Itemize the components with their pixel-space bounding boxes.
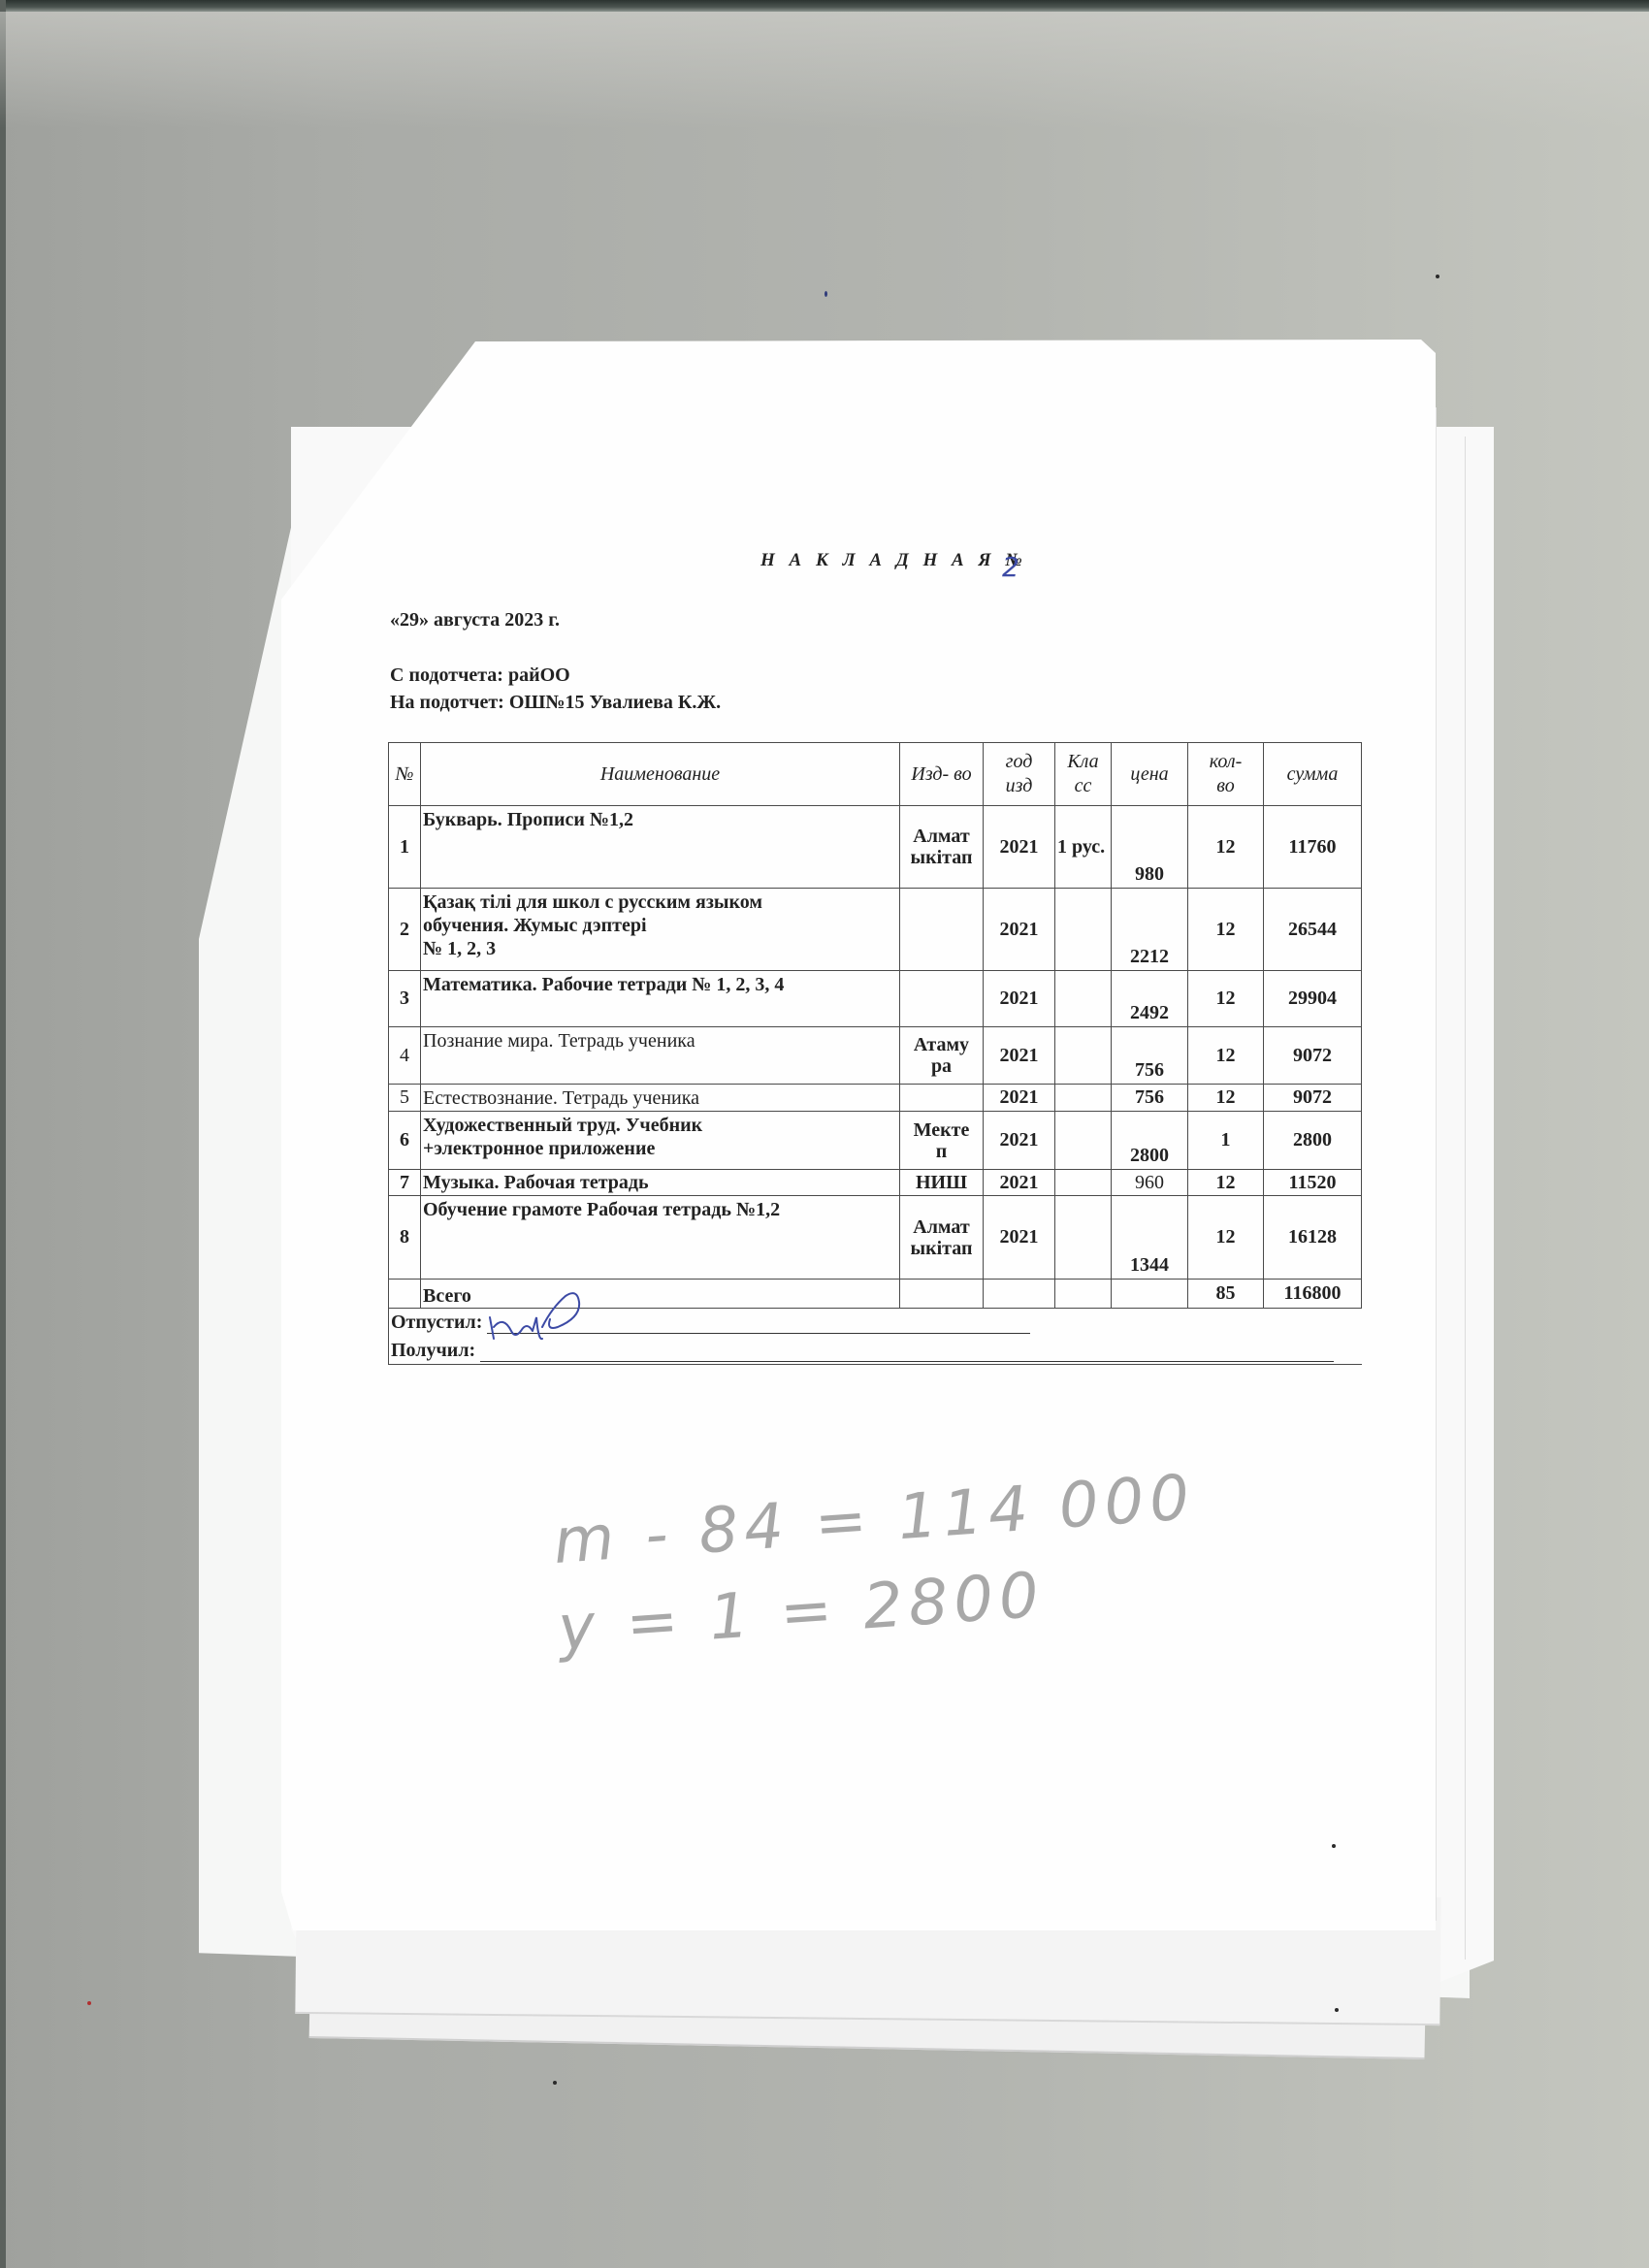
row-price: 980 — [1112, 806, 1188, 889]
row-class — [1055, 1170, 1112, 1196]
row-qty: 12 — [1188, 889, 1264, 971]
row-name: Букварь. Прописи №1,2 — [421, 806, 900, 889]
row-sum: 16128 — [1264, 1196, 1362, 1280]
total-qty: 85 — [1188, 1280, 1264, 1309]
row-publisher — [900, 971, 984, 1027]
header-publisher: Изд- во — [900, 743, 984, 806]
row-num: 4 — [389, 1027, 421, 1085]
header-price: цена — [1112, 743, 1188, 806]
row-name: Математика. Рабочие тетради № 1, 2, 3, 4 — [421, 971, 900, 1027]
row-name: Художественный труд. Учебник+электронное… — [421, 1112, 900, 1170]
row-class — [1055, 1027, 1112, 1085]
row-name: Обучение грамоте Рабочая тетрадь №1,2 — [421, 1196, 900, 1280]
table-row: 2Қазақ тілі для школ с русским языкомобу… — [389, 889, 1362, 971]
row-publisher: Атамура — [900, 1027, 984, 1085]
row-class — [1055, 1196, 1112, 1280]
header-name: Наименование — [421, 743, 900, 806]
row-publisher — [900, 1085, 984, 1112]
scan-speck — [1436, 275, 1439, 278]
signature-scribble — [482, 1288, 589, 1342]
scan-speck — [1332, 1844, 1336, 1848]
row-qty: 12 — [1188, 971, 1264, 1027]
row-class — [1055, 971, 1112, 1027]
header-class: Класс — [1055, 743, 1112, 806]
scanner-edge — [0, 0, 1649, 12]
row-publisher — [900, 889, 984, 971]
row-year: 2021 — [984, 1196, 1055, 1280]
row-price: 756 — [1112, 1085, 1188, 1112]
table-row: 1Букварь. Прописи №1,2Алматыкiтап20211 р… — [389, 806, 1362, 889]
received-label: Получил: — [391, 1340, 475, 1361]
table-row: 8Обучение грамоте Рабочая тетрадь №1,2Ал… — [389, 1196, 1362, 1280]
row-class — [1055, 1085, 1112, 1112]
row-year: 2021 — [984, 1027, 1055, 1085]
table-row: 5Естествознание. Тетрадь ученика20217561… — [389, 1085, 1362, 1112]
invoice-table: № Наименование Изд- во годизд Класс цена… — [388, 742, 1362, 1365]
document-number-handwritten: 2 — [1002, 551, 1019, 583]
row-name: Музыка. Рабочая тетрадь — [421, 1170, 900, 1196]
from-account: С подотчета: райОО — [390, 664, 570, 687]
row-sum: 2800 — [1264, 1112, 1362, 1170]
row-sum: 11760 — [1264, 806, 1362, 889]
sheet-edge — [1436, 407, 1437, 1921]
row-publisher: Алматыкiтап — [900, 1196, 984, 1280]
row-sum: 26544 — [1264, 889, 1362, 971]
row-qty: 12 — [1188, 1085, 1264, 1112]
row-name: Естествознание. Тетрадь ученика — [421, 1085, 900, 1112]
row-num: 5 — [389, 1085, 421, 1112]
row-class — [1055, 1112, 1112, 1170]
row-price: 2492 — [1112, 971, 1188, 1027]
document-date: «29» августа 2023 г. — [390, 609, 560, 632]
table-row: 4Познание мира. Тетрадь ученикаАтамура20… — [389, 1027, 1362, 1085]
total-sum: 116800 — [1264, 1280, 1362, 1309]
row-qty: 12 — [1188, 1027, 1264, 1085]
row-sum: 11520 — [1264, 1170, 1362, 1196]
row-num: 2 — [389, 889, 421, 971]
row-class — [1055, 889, 1112, 971]
row-year: 2021 — [984, 1170, 1055, 1196]
received-signature-field[interactable] — [480, 1344, 1334, 1362]
row-qty: 12 — [1188, 1196, 1264, 1280]
scan-speck — [824, 291, 827, 297]
row-price: 756 — [1112, 1027, 1188, 1085]
row-qty: 12 — [1188, 806, 1264, 889]
row-publisher: Алматыкiтап — [900, 806, 984, 889]
released-label: Отпустил: — [391, 1312, 482, 1333]
row-sum: 9072 — [1264, 1085, 1362, 1112]
row-name: Қазақ тілі для школ с русским языкомобуч… — [421, 889, 900, 971]
row-sum: 9072 — [1264, 1027, 1362, 1085]
row-year: 2021 — [984, 889, 1055, 971]
scanner-edge-left — [0, 0, 6, 2268]
row-price: 1344 — [1112, 1196, 1188, 1280]
header-qty: кол-во — [1188, 743, 1264, 806]
row-year: 2021 — [984, 1112, 1055, 1170]
row-num: 7 — [389, 1170, 421, 1196]
row-sum: 29904 — [1264, 971, 1362, 1027]
table-row: 7Музыка. Рабочая тетрадьНИШ2021960121152… — [389, 1170, 1362, 1196]
background-shade — [0, 12, 1649, 128]
row-num: 8 — [389, 1196, 421, 1280]
row-price: 2800 — [1112, 1112, 1188, 1170]
row-year: 2021 — [984, 806, 1055, 889]
scan-speck — [1335, 2008, 1339, 2012]
header-sum: сумма — [1264, 743, 1362, 806]
to-account: На подотчет: ОШ№15 Увалиева К.Ж. — [390, 692, 721, 714]
row-qty: 12 — [1188, 1170, 1264, 1196]
table-row: 3Математика. Рабочие тетради № 1, 2, 3, … — [389, 971, 1362, 1027]
row-num: 1 — [389, 806, 421, 889]
row-num: 3 — [389, 971, 421, 1027]
scan-speck — [87, 2001, 91, 2005]
table-header-row: № Наименование Изд- во годизд Класс цена… — [389, 743, 1362, 806]
row-year: 2021 — [984, 971, 1055, 1027]
row-qty: 1 — [1188, 1112, 1264, 1170]
header-year: годизд — [984, 743, 1055, 806]
sheet-edge — [1465, 437, 1466, 1960]
scan-speck — [553, 2081, 557, 2085]
row-name: Познание мира. Тетрадь ученика — [421, 1027, 900, 1085]
row-class: 1 рус. — [1055, 806, 1112, 889]
row-publisher: Мектеп — [900, 1112, 984, 1170]
header-num: № — [389, 743, 421, 806]
table-row: 6Художественный труд. Учебник+электронно… — [389, 1112, 1362, 1170]
row-num: 6 — [389, 1112, 421, 1170]
row-price: 960 — [1112, 1170, 1188, 1196]
row-price: 2212 — [1112, 889, 1188, 971]
row-publisher: НИШ — [900, 1170, 984, 1196]
row-year: 2021 — [984, 1085, 1055, 1112]
document-title: Н А К Л А Д Н А Я № — [760, 550, 1027, 571]
